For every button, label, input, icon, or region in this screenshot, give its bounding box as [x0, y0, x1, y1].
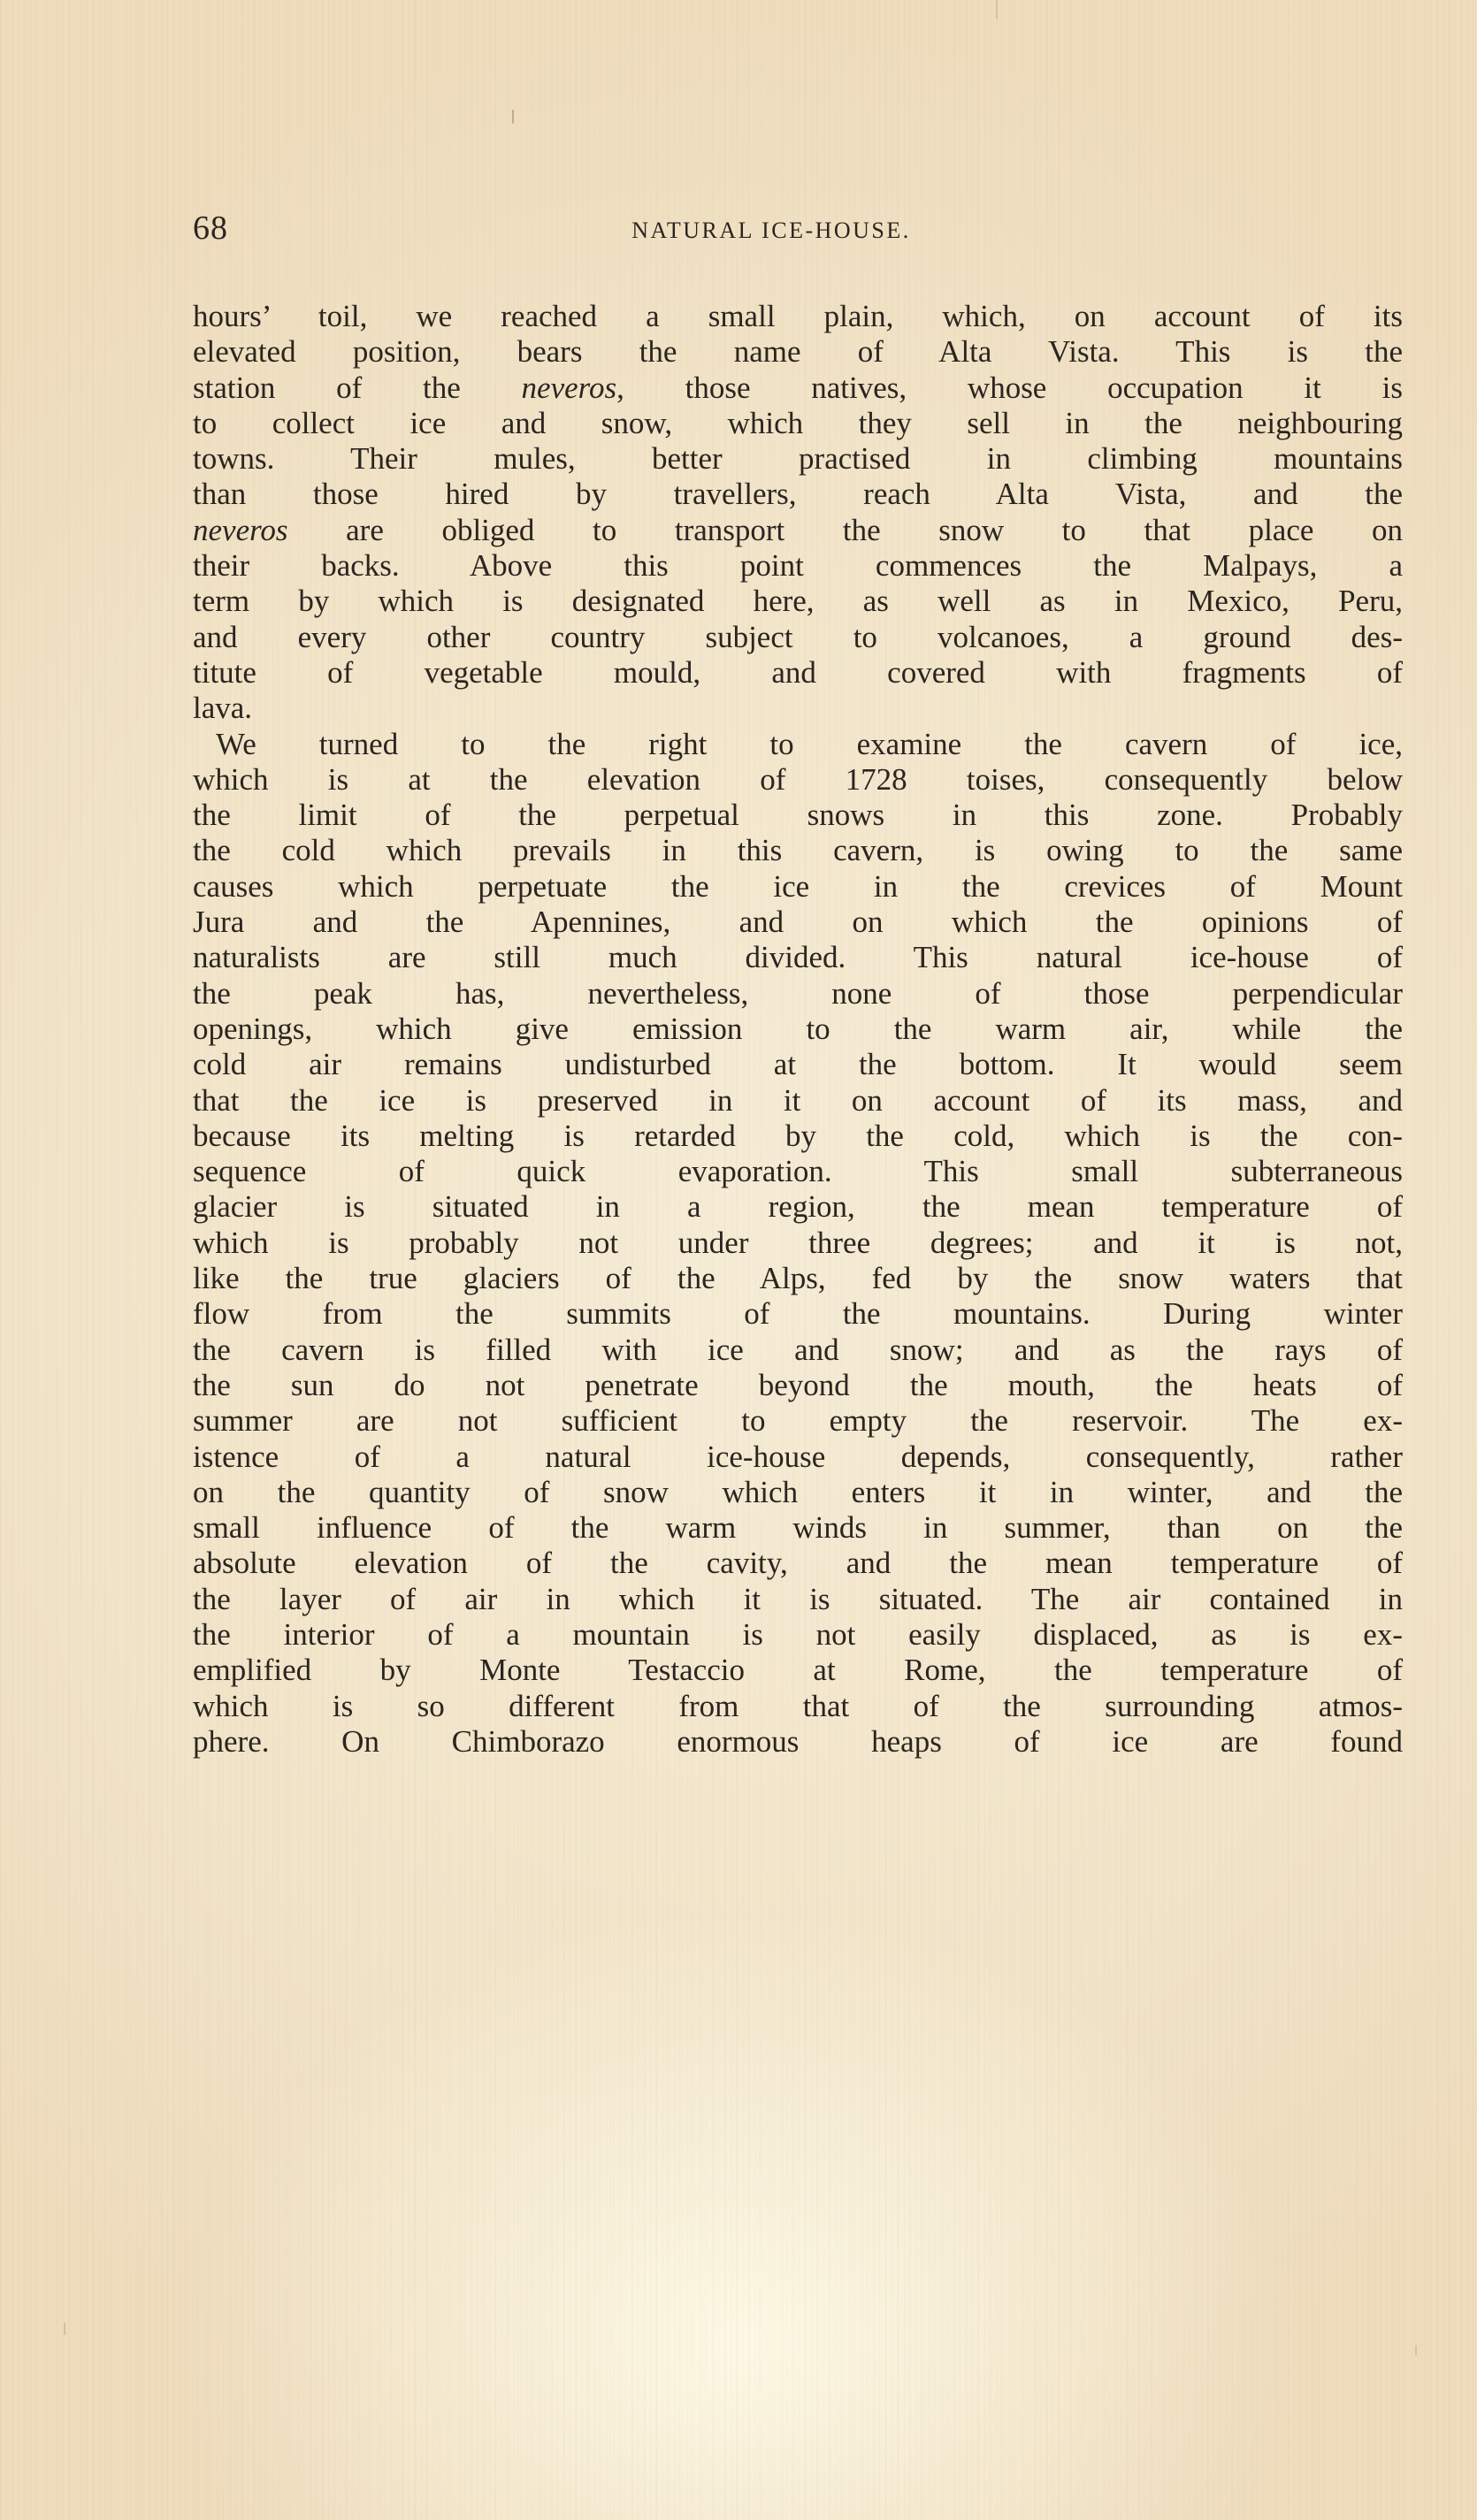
- text-line: causes which perpetuate the ice in the c…: [193, 869, 1403, 905]
- book-page: 68 NATURAL ICE-HOUSE. hours’ toil, we re…: [193, 210, 1403, 1760]
- text-line: emplified by Monte Testaccio at Rome, th…: [193, 1653, 1403, 1688]
- text-line: and every other country subject to volca…: [193, 620, 1403, 655]
- text-line: their backs. Above this point commences …: [193, 548, 1403, 584]
- text-line: which is so different from that of the s…: [193, 1689, 1403, 1724]
- italic-term: neveros: [193, 513, 288, 547]
- text-line: titute of vegetable mould, and covered w…: [193, 655, 1403, 691]
- paper-speck: [1415, 2345, 1417, 2356]
- text-line: term by which is designated here, as wel…: [193, 584, 1403, 619]
- text-line: the peak has, nevertheless, none of thos…: [193, 976, 1403, 1012]
- text-line: because its melting is retarded by the c…: [193, 1119, 1403, 1154]
- running-head: 68 NATURAL ICE-HOUSE.: [193, 210, 1403, 263]
- paragraph-2: We turned to the right to examine the ca…: [193, 727, 1403, 1760]
- body-text: hours’ toil, we reached a small plain, w…: [193, 299, 1403, 1760]
- text-line: neveros are obliged to transport the sno…: [193, 513, 1403, 548]
- text-line: absolute elevation of the cavity, and th…: [193, 1546, 1403, 1581]
- text-line: the layer of air in which it is situated…: [193, 1582, 1403, 1617]
- text-line: the cavern is filled with ice and snow; …: [193, 1333, 1403, 1368]
- text-line: which is probably not under three degree…: [193, 1226, 1403, 1261]
- text-line: station of the neveros, those natives, w…: [193, 370, 1403, 406]
- text-line: istence of a natural ice-house depends, …: [193, 1439, 1403, 1475]
- text-line: the interior of a mountain is not easily…: [193, 1617, 1403, 1653]
- text-line: naturalists are still much divided. This…: [193, 940, 1403, 975]
- text-line: to collect ice and snow, which they sell…: [193, 406, 1403, 441]
- text-line: elevated position, bears the name of Alt…: [193, 334, 1403, 370]
- text-line: flow from the summits of the mountains. …: [193, 1296, 1403, 1332]
- text-line: than those hired by travellers, reach Al…: [193, 477, 1403, 512]
- text-line: sequence of quick evaporation. This smal…: [193, 1154, 1403, 1189]
- italic-term: neveros: [522, 370, 617, 405]
- paragraph-1: hours’ toil, we reached a small plain, w…: [193, 299, 1403, 727]
- text-line: which is at the elevation of 1728 toises…: [193, 762, 1403, 798]
- paper-speck: [64, 2323, 65, 2335]
- text-line: summer are not sufficient to empty the r…: [193, 1403, 1403, 1439]
- text-line: small influence of the warm winds in sum…: [193, 1510, 1403, 1546]
- text-line: hours’ toil, we reached a small plain, w…: [193, 299, 1403, 334]
- running-title: NATURAL ICE-HOUSE.: [193, 216, 1403, 246]
- text-line: towns. Their mules, better practised in …: [193, 441, 1403, 477]
- text-line: the limit of the perpetual snows in this…: [193, 798, 1403, 833]
- text-line: on the quantity of snow which enters it …: [193, 1475, 1403, 1510]
- text-line: like the true glaciers of the Alps, fed …: [193, 1261, 1403, 1296]
- text-line: cold air remains undisturbed at the bott…: [193, 1047, 1403, 1082]
- text-line: openings, which give emission to the war…: [193, 1012, 1403, 1047]
- text-line: phere. On Chimborazo enormous heaps of i…: [193, 1724, 1403, 1760]
- text-line: glacier is situated in a region, the mea…: [193, 1189, 1403, 1225]
- text-line: the sun do not penetrate beyond the mout…: [193, 1368, 1403, 1403]
- text-line: lava.: [193, 691, 1403, 726]
- text-line: We turned to the right to examine the ca…: [193, 727, 1403, 762]
- text-line: the cold which prevails in this cavern, …: [193, 833, 1403, 868]
- paper-speck: [512, 110, 514, 124]
- paper-speck: [996, 0, 998, 19]
- text-line: Jura and the Apennines, and on which the…: [193, 905, 1403, 940]
- text-line: that the ice is preserved in it on accou…: [193, 1083, 1403, 1119]
